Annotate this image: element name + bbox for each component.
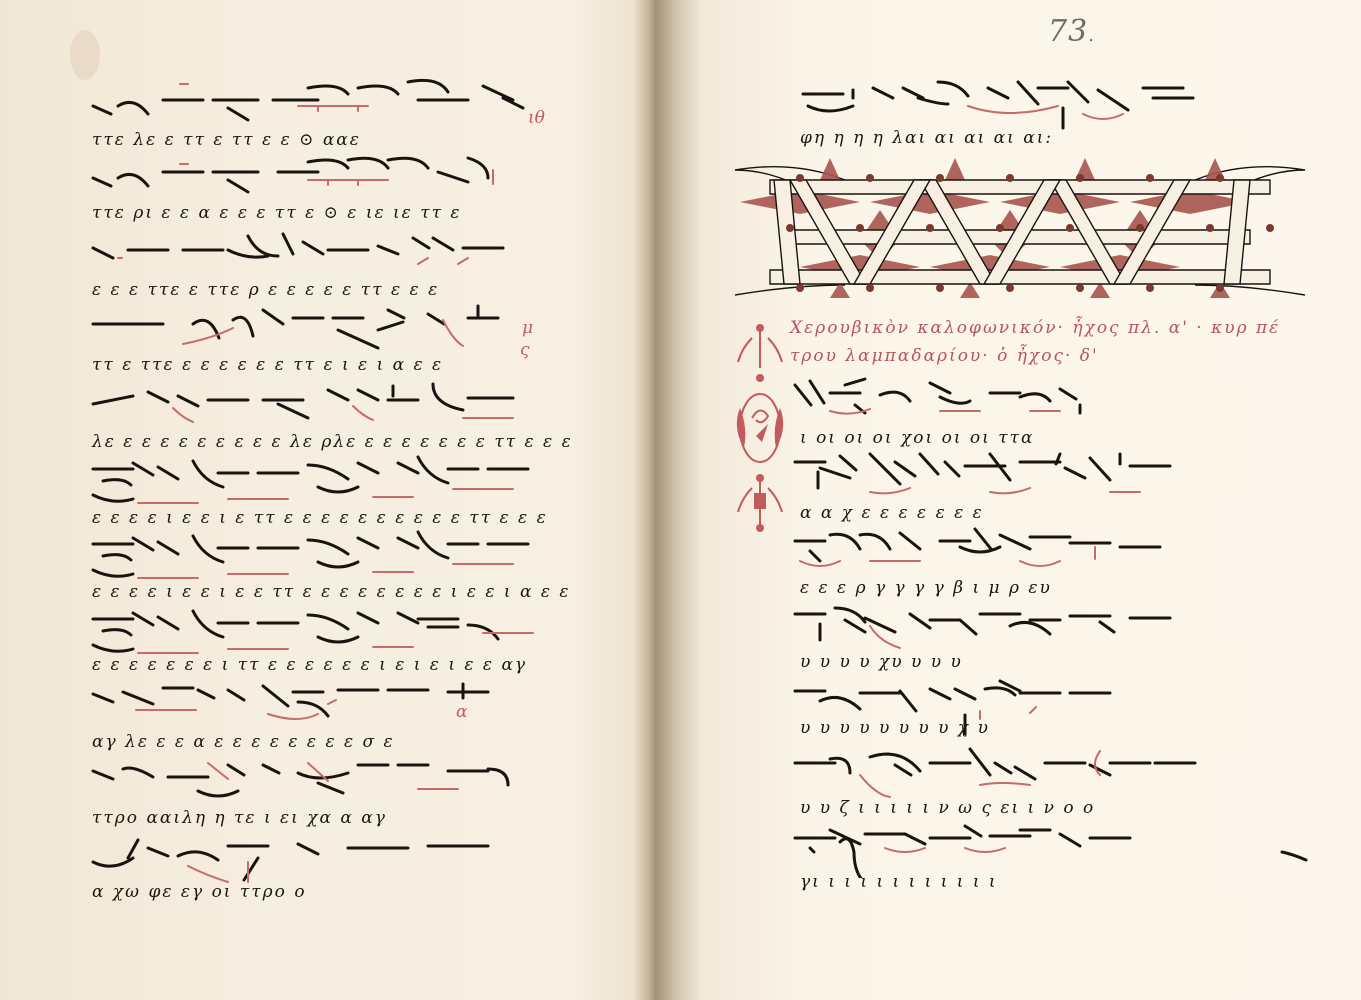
lyric-line: ττε ρι ε ε α ε ε ε ττ ε ⊙ ε ιε ιε ττ ε <box>92 203 462 223</box>
neume-line <box>790 600 1220 636</box>
neume-line <box>790 818 1220 854</box>
lyric-line: ττρο ααιλη η τε ι ει χα α αγ <box>92 808 387 828</box>
neume-line <box>88 455 538 491</box>
stray-ink-mark <box>1280 848 1310 862</box>
margin-mark: ς <box>520 340 530 360</box>
neume-line <box>790 448 1220 484</box>
neume-line <box>88 228 538 264</box>
neume-line <box>790 745 1220 781</box>
lyric-line: ττε λε ε ττ ε ττ ε ε ⊙ ααε <box>92 130 361 150</box>
margin-mark: μ <box>522 318 533 338</box>
rubric-line: τρου λαμπαδαρίου· ὁ ἦχος· δ' <box>790 346 1099 366</box>
lyric-line: ε ε ε ε ι ε ε ι ε ε ττ ε ε ε ε ε ε ε ε ι… <box>92 582 571 602</box>
lyric-line: υ υ υ υ χυ υ υ υ <box>800 652 963 672</box>
neume-line <box>88 680 538 716</box>
neume-line <box>790 675 1220 711</box>
manuscript-spread: ττε λε ε ττ ε ττ ε ε ⊙ ααε ιθ ττε ρι ε ε… <box>0 0 1361 1000</box>
floral-margin-ornament <box>732 318 788 538</box>
rubric-line: Χερουβικὸν καλοφωνικόν· ἦχος πλ. α' · κυ… <box>790 318 1280 338</box>
lyric-line: υ υ υ υ υ υ υ υ χ υ <box>800 718 990 738</box>
margin-mark: α <box>456 702 467 722</box>
lyric-line: α α χ ε ε ε ε ε ε ε <box>800 503 984 523</box>
right-page: 73. φη η η η λαι αι αι αι αι: <box>680 0 1361 1000</box>
lyric-line: λε ε ε ε ε ε ε ε ε ε λε ρλε ε ε ε ε ε ε … <box>92 432 573 452</box>
lyric-line: ι οι οι οι χοι οι οι ττα <box>800 428 1035 448</box>
interlace-headpiece-ornament <box>730 150 1310 300</box>
neume-line <box>88 605 538 641</box>
lyric-line: ε ε ε ρ γ γ γ γ β ι μ ρ ευ <box>800 578 1052 598</box>
folio-number: 73. <box>1048 14 1095 49</box>
lyric-line: γι ι ι ι ι ι ι ι ι ι ι ι <box>800 872 998 892</box>
neume-line <box>798 78 1228 114</box>
neume-line <box>88 755 538 791</box>
margin-mark: ιθ <box>528 108 545 128</box>
left-page: ττε λε ε ττ ε ττ ε ε ⊙ ααε ιθ ττε ρι ε ε… <box>0 0 640 1000</box>
neume-line <box>88 150 538 186</box>
neume-line <box>790 525 1220 561</box>
paper-stain <box>70 30 100 80</box>
lyric-line: φη η η η λαι αι αι αι αι: <box>800 128 1053 148</box>
neume-line <box>790 375 1220 411</box>
neume-line <box>88 530 538 566</box>
neume-line <box>88 378 538 414</box>
lyric-line: αγ λε ε ε α ε ε ε ε ε ε ε ε σ ε <box>92 732 395 752</box>
neume-line <box>88 828 538 864</box>
neume-line <box>88 300 538 336</box>
neume-line <box>88 78 538 114</box>
lyric-line: ε ε ε ε ι ε ε ι ε ττ ε ε ε ε ε ε ε ε ε ε… <box>92 508 548 528</box>
lyric-line: α χω φε εγ οι ττρο ο <box>92 882 307 902</box>
lyric-line: ε ε ε ττε ε ττε ρ ε ε ε ε ε ττ ε ε ε <box>92 280 439 300</box>
lyric-line: ττ ε ττε ε ε ε ε ε ε ττ ε ι ε ι α ε ε <box>92 355 443 375</box>
lyric-line: ε ε ε ε ε ε ε ι ττ ε ε ε ε ε ε ι ε ι ε ι… <box>92 655 527 675</box>
lyric-line: υ υ ζ ι ι ι ι ι ν ω ς ει ι ν ο ο <box>800 798 1095 818</box>
